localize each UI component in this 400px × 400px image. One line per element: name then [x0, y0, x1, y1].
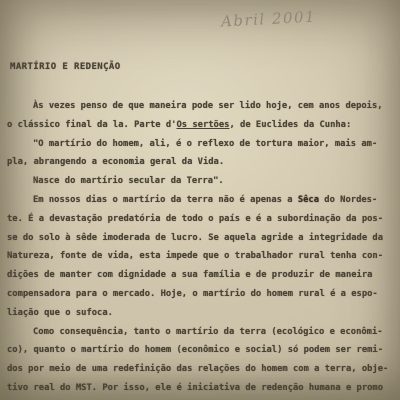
typed-line: o clássico final da la. Parte d'Os sertõ…	[7, 116, 400, 135]
photographed-typewritten-page: Abril 2001 MARTÍRIO E REDENÇÃO Às vezes …	[0, 0, 400, 400]
document-title: MARTÍRIO E REDENÇÃO	[10, 62, 121, 72]
document-body: Às vezes penso de que maneira pode ser l…	[7, 97, 400, 398]
typed-text: dições de manter com dignidade a sua fam…	[7, 270, 372, 280]
typed-text: Em nossos dias o martírio da terra não é…	[33, 195, 298, 205]
typed-line: Como consequência, tanto o martírio da t…	[7, 323, 400, 342]
typed-line: pla, abrangendo a economia geral da Vida…	[7, 153, 400, 172]
overstruck-word: Sêca	[298, 195, 319, 205]
typed-line: liação que o sufoca.	[7, 304, 400, 323]
typed-text: compensadora para o mercado. Hoje, o mar…	[7, 289, 378, 299]
typed-text: co), quanto o martírio do homem (econômi…	[7, 345, 383, 355]
typed-line: co), quanto o martírio do homem (econômi…	[7, 341, 400, 360]
typed-text: do Nordes-	[319, 195, 377, 205]
typed-text: te. É a devastação predatória de todo o …	[7, 214, 383, 224]
typed-line: Às vezes penso de que maneira pode ser l…	[7, 97, 400, 116]
typed-line: compensadora para o mercado. Hoje, o mar…	[7, 285, 400, 304]
typed-line: Nasce do martírio secular da Terra".	[7, 172, 400, 191]
typed-text: tivo real do MST. Por isso, ele é inicia…	[7, 383, 383, 393]
typed-text: Às vezes penso de que maneira pode ser l…	[33, 101, 383, 111]
typed-text: Natureza, fonte de vida, esta impede que…	[7, 251, 383, 261]
typed-line: "O martírio do homem, ali, é o reflexo d…	[7, 135, 400, 154]
typed-line: Natureza, fonte de vida, esta impede que…	[7, 247, 400, 266]
typed-text: pla, abrangendo a economia geral da Vida…	[7, 157, 224, 167]
typed-text: "O martírio do homem, ali, é o reflexo d…	[33, 139, 377, 149]
typed-line: te. É a devastação predatória de todo o …	[7, 210, 400, 229]
typed-line: dos por meio de uma redefinição das rela…	[7, 360, 400, 379]
typed-text: , de Euclides da Cunha:	[229, 120, 351, 130]
typed-line: Em nossos dias o martírio da terra não é…	[7, 191, 400, 210]
handwritten-date: Abril 2001	[221, 8, 317, 31]
typed-text: Nasce do martírio secular da Terra".	[33, 176, 224, 186]
typed-text: dos por meio de uma redefinição das rela…	[7, 364, 388, 374]
typed-line: dições de manter com dignidade a sua fam…	[7, 266, 400, 285]
typed-line: tivo real do MST. Por isso, ele é inicia…	[7, 379, 400, 398]
typed-text: o clássico final da la. Parte d'	[7, 120, 176, 130]
typed-text: se do solo à sêde imoderada de lucro. Se…	[7, 233, 383, 243]
typed-line: se do solo à sêde imoderada de lucro. Se…	[7, 229, 400, 248]
typed-text: liação que o sufoca.	[7, 308, 113, 318]
book-title-underlined: Os sertões	[176, 120, 229, 130]
typed-text: Como consequência, tanto o martírio da t…	[33, 327, 383, 337]
